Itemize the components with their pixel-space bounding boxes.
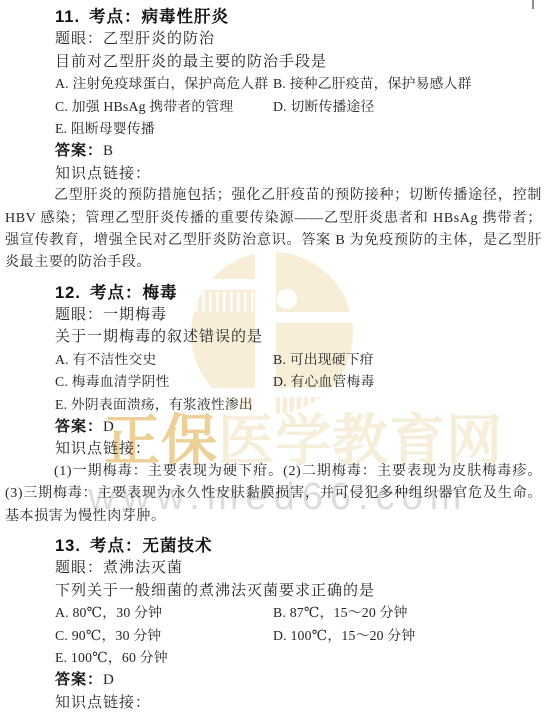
option-e: E. 外阴表面溃疡，有浆液性渗出 <box>55 394 550 416</box>
option-b: B. 87℃，15～20 分钟 <box>273 602 550 624</box>
answer-label: 答案： <box>55 418 103 435</box>
tiyan-label: 题眼： <box>55 560 103 576</box>
option-row: A. 80℃，30 分钟B. 87℃，15～20 分钟 <box>55 602 550 624</box>
option-e: E. 阻断母婴传播 <box>55 118 550 140</box>
option-row: E. 阻断母婴传播 <box>55 118 550 140</box>
answer-value: D <box>103 419 115 435</box>
option-d: D. 有心血管梅毒 <box>273 371 550 393</box>
explanation-line: 强宣传教育，增强全民对乙型肝炎防治意识。答案 B 为免疫预防的主体，是乙型肝 <box>5 230 542 252</box>
question-heading: 13.考点：无菌技术 <box>55 535 550 557</box>
option-b: B. 可出现硬下疳 <box>273 349 550 371</box>
question-block-13: 13.考点：无菌技术 题眼：煮沸法灭菌 下列关于一般细菌的煮沸法灭菌要求正确的是… <box>0 535 550 714</box>
option-row: C. 加强 HBsAg 携带者的管理D. 切断传播途径 <box>55 96 550 118</box>
option-c: C. 90℃，30 分钟 <box>55 625 273 647</box>
option-row: A. 注射免疫球蛋白，保护高危人群B. 接种乙肝疫苗，保护易感人群 <box>55 73 550 95</box>
topic-text: 梅毒 <box>142 284 177 302</box>
knowledge-link-label: 知识点链接： <box>55 692 550 714</box>
question-heading: 11.考点：病毒性肝炎 <box>55 6 550 28</box>
topic-label: 考点： <box>90 537 143 555</box>
explanation-line: 基本损害为慢性肉芽肿。 <box>5 506 542 528</box>
tiyan-label: 题眼： <box>55 307 103 323</box>
question-block-11: 11.考点：病毒性肝炎 题眼：乙型肝炎的防治 目前对乙型肝炎的最主要的防治手段是… <box>0 6 550 275</box>
answer-value: D <box>103 672 115 688</box>
explanation-line: (3)三期梅毒：主要表现为永久性皮肤黏膜损害，并可侵犯多种组织器官危及生命。 <box>5 483 542 505</box>
option-a: A. 注射免疫球蛋白，保护高危人群 <box>55 73 273 95</box>
topic-label: 考点： <box>90 284 143 302</box>
option-d: D. 100℃，15～20 分钟 <box>273 625 550 647</box>
question-number: 13. <box>55 537 81 555</box>
topic-label: 考点： <box>89 8 142 26</box>
option-e: E. 100℃，60 分钟 <box>55 647 550 669</box>
tiyan-line: 题眼：一期梅毒 <box>55 304 550 326</box>
answer-label: 答案： <box>55 671 103 688</box>
tiyan-text: 乙型肝炎的防治 <box>103 31 215 47</box>
option-row: C. 梅毒血清学阴性D. 有心血管梅毒 <box>55 371 550 393</box>
topic-text: 无菌技术 <box>142 537 212 555</box>
answer-value: B <box>103 143 114 159</box>
option-c: C. 加强 HBsAg 携带者的管理 <box>55 96 273 118</box>
option-row: C. 90℃，30 分钟D. 100℃，15～20 分钟 <box>55 625 550 647</box>
option-a: A. 有不洁性交史 <box>55 349 273 371</box>
option-d: D. 切断传播途径 <box>273 96 550 118</box>
answer-line: 答案：B <box>55 140 550 162</box>
explanation-line: 乙型肝炎的预防措施包括；强化乙肝疫苗的预防接种；切断传播途径，控制 <box>5 185 542 207</box>
tiyan-text: 煮沸法灭菌 <box>103 560 183 576</box>
tiyan-line: 题眼：煮沸法灭菌 <box>55 557 550 579</box>
tiyan-text: 一期梅毒 <box>103 307 167 323</box>
question-heading: 12.考点：梅毒 <box>55 282 550 304</box>
tiyan-line: 题眼：乙型肝炎的防治 <box>55 28 550 50</box>
answer-label: 答案： <box>55 142 103 159</box>
option-b: B. 接种乙肝疫苗，保护易感人群 <box>273 73 550 95</box>
question-number: 11. <box>55 8 80 26</box>
answer-line: 答案：D <box>55 416 550 438</box>
option-row: E. 外阴表面溃疡，有浆液性渗出 <box>55 394 550 416</box>
question-number: 12. <box>55 284 81 302</box>
knowledge-link-label: 知识点链接： <box>55 163 550 185</box>
explanation-line: HBV 感染；管理乙型肝炎传播的重要传染源——乙型肝炎患者和 HBsAg 携带者… <box>5 208 542 230</box>
explanation-line: 炎最主要的防治手段。 <box>5 252 542 274</box>
option-c: C. 梅毒血清学阴性 <box>55 371 273 393</box>
answer-line: 答案：D <box>55 669 550 691</box>
stem-line: 下列关于一般细菌的煮沸法灭菌要求正确的是 <box>55 580 550 602</box>
stem-line: 目前对乙型肝炎的最主要的防治手段是 <box>55 51 550 73</box>
question-block-12: 12.考点：梅毒 题眼：一期梅毒 关于一期梅毒的叙述错误的是 A. 有不洁性交史… <box>0 282 550 528</box>
stem-line: 关于一期梅毒的叙述错误的是 <box>55 326 550 348</box>
topic-text: 病毒性肝炎 <box>142 8 230 26</box>
option-a: A. 80℃，30 分钟 <box>55 602 273 624</box>
option-row: E. 100℃，60 分钟 <box>55 647 550 669</box>
knowledge-link-label: 知识点链接： <box>55 438 550 460</box>
explanation-line: (1)一期梅毒：主要表现为硬下疳。(2)二期梅毒：主要表现为皮肤梅毒疹。 <box>5 461 542 483</box>
option-row: A. 有不洁性交史B. 可出现硬下疳 <box>55 349 550 371</box>
tiyan-label: 题眼： <box>55 31 103 47</box>
document-page: 11.考点：病毒性肝炎 题眼：乙型肝炎的防治 目前对乙型肝炎的最主要的防治手段是… <box>0 0 550 714</box>
